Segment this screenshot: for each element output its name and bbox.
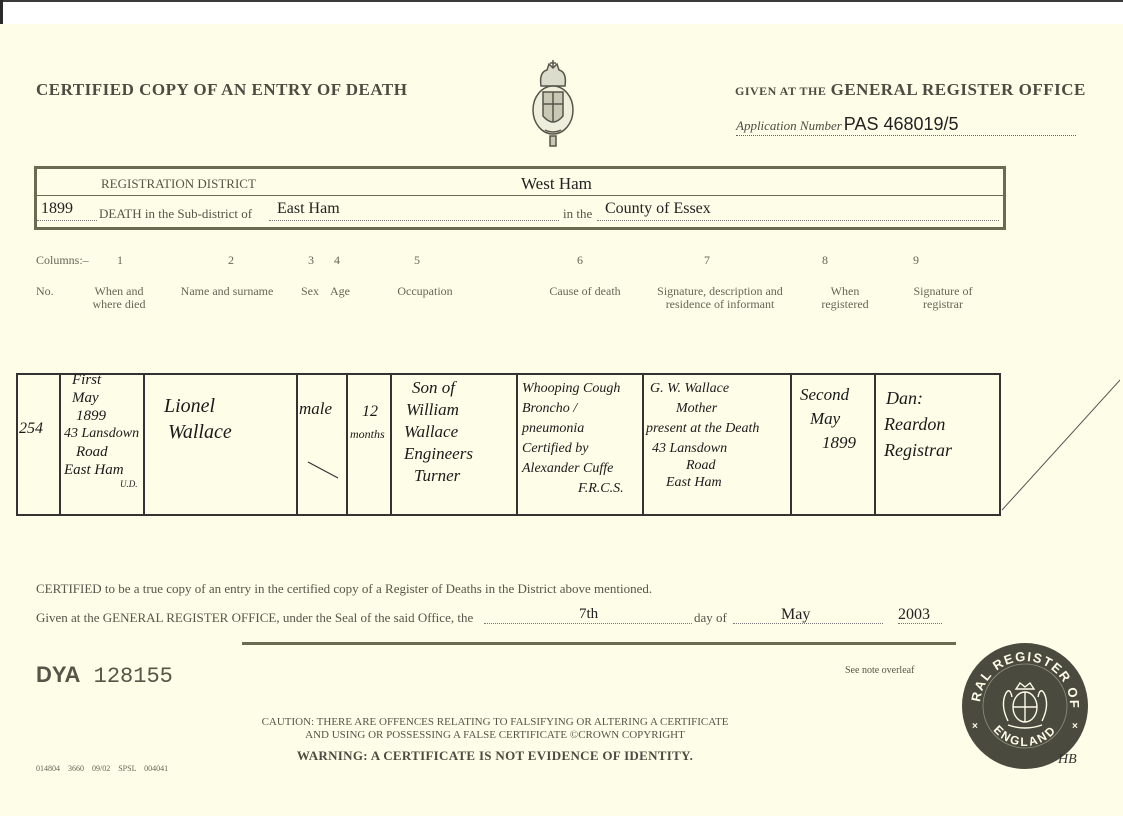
- sex-column-stroke: [306, 460, 342, 482]
- given-at-label: GIVEN AT THE: [735, 84, 826, 98]
- entry-sex: male: [299, 401, 332, 417]
- gro-label: GENERAL REGISTER OFFICE: [831, 80, 1086, 99]
- in-the-label: in the: [563, 206, 592, 222]
- column-header-registrar: Signature of registrar: [898, 285, 988, 311]
- column-number-1: 1: [117, 253, 123, 268]
- application-number-label: Application Number: [736, 118, 842, 133]
- scan-top-edge: [0, 0, 1123, 2]
- initials-mark: HB: [1058, 752, 1077, 768]
- column-header-informant: Signature, description and residence of …: [650, 285, 790, 311]
- column-number-8: 8: [822, 253, 828, 268]
- certificate-title: CERTIFIED COPY OF AN ENTRY OF DEATH: [36, 80, 407, 100]
- column-number-3: 3: [308, 253, 314, 268]
- column-number-6: 6: [577, 253, 583, 268]
- column-number-4: 4: [334, 253, 340, 268]
- month-value: May: [781, 606, 810, 624]
- entry-cause-of-death: Whooping Cough Broncho / pneumonia Certi…: [522, 379, 624, 499]
- print-code: 014804 3660 09/02 SPSL 004041: [36, 764, 168, 773]
- registration-district-box: REGISTRATION DISTRICT West Ham 1899 DEAT…: [34, 166, 1006, 230]
- entry-age: 12 months: [350, 401, 385, 445]
- columns-label: Columns:–: [36, 253, 89, 268]
- caution-notice: CAUTION: THERE ARE OFFENCES RELATING TO …: [230, 716, 760, 742]
- year-issued-value: 2003: [898, 606, 930, 624]
- registration-district-label: REGISTRATION DISTRICT: [101, 176, 256, 192]
- caution-line-1: CAUTION: THERE ARE OFFENCES RELATING TO …: [230, 716, 760, 729]
- svg-text:×: ×: [972, 721, 978, 732]
- given-under-seal-line: Given at the GENERAL REGISTER OFFICE, un…: [36, 610, 473, 626]
- day-value: 7th: [579, 606, 598, 623]
- royal-crest-icon: [531, 60, 575, 148]
- serial-prefix: DYA: [36, 662, 80, 687]
- county-value: County of Essex: [605, 200, 711, 218]
- column-header-name: Name and surname: [172, 285, 282, 298]
- year-field: 1899: [37, 200, 97, 221]
- column-header-when-registered: When registered: [810, 285, 880, 311]
- month-field: May: [733, 606, 883, 624]
- identity-warning: WARNING: A CERTIFICATE IS NOT EVIDENCE O…: [230, 748, 760, 764]
- see-note-overleaf: See note overleaf: [845, 665, 914, 676]
- svg-text:×: ×: [1072, 721, 1078, 732]
- year-issued-field: 2003: [898, 606, 942, 624]
- column-header-occupation: Occupation: [380, 285, 470, 298]
- entry-occupation: Son of William Wallace Engineers Turner: [400, 377, 473, 487]
- column-header-cause: Cause of death: [535, 285, 635, 298]
- entry-name: Lionel Wallace: [164, 393, 232, 445]
- column-number-2: 2: [228, 253, 234, 268]
- column-number-7: 7: [704, 253, 710, 268]
- day-of-label: day of: [694, 610, 727, 626]
- certificate-serial: DYA 128155: [36, 662, 173, 689]
- column-number-5: 5: [414, 253, 420, 268]
- column-header-when-where: When and where died: [84, 285, 154, 311]
- death-entry-table: 254 First May 1899 43 Lansdown Road East…: [16, 373, 1001, 516]
- entry-informant: G. W. Wallace Mother present at the Deat…: [646, 379, 759, 493]
- subdistrict-field: East Ham: [269, 200, 559, 221]
- application-number-value: PAS 468019/5: [844, 114, 959, 134]
- column-number-9: 9: [913, 253, 919, 268]
- entry-number: 254: [19, 421, 43, 437]
- death-subdistrict-label: DEATH in the Sub-district of: [99, 206, 252, 222]
- year-value: 1899: [41, 200, 73, 218]
- serial-number: 128155: [94, 664, 173, 689]
- column-header-no: No.: [36, 285, 54, 298]
- entry-registrar-signature: Dan: Reardon Registrar: [880, 385, 952, 463]
- county-field: County of Essex: [597, 200, 999, 221]
- certification-statement: CERTIFIED to be a true copy of an entry …: [36, 581, 652, 597]
- signature-rule: [242, 642, 956, 645]
- caution-line-2: AND USING OR POSSESSING A FALSE CERTIFIC…: [230, 729, 760, 742]
- subdistrict-value: East Ham: [277, 200, 340, 218]
- application-number-field: Application NumberPAS 468019/5: [736, 114, 1076, 136]
- given-under-seal-label: Given at the GENERAL REGISTER OFFICE, un…: [36, 610, 473, 625]
- day-field: 7th: [484, 606, 692, 624]
- registration-district-value: West Ham: [521, 174, 592, 194]
- entry-when-where: First May 1899 43 Lansdown Road East Ham…: [64, 371, 144, 489]
- entry-when-registered: Second May 1899: [794, 383, 856, 455]
- cancellation-diagonal-line: [1000, 360, 1120, 512]
- column-header-age: Age: [320, 285, 360, 298]
- scan-left-edge: [0, 0, 3, 24]
- given-at-gro: GIVEN AT THE GENERAL REGISTER OFFICE: [735, 80, 1086, 100]
